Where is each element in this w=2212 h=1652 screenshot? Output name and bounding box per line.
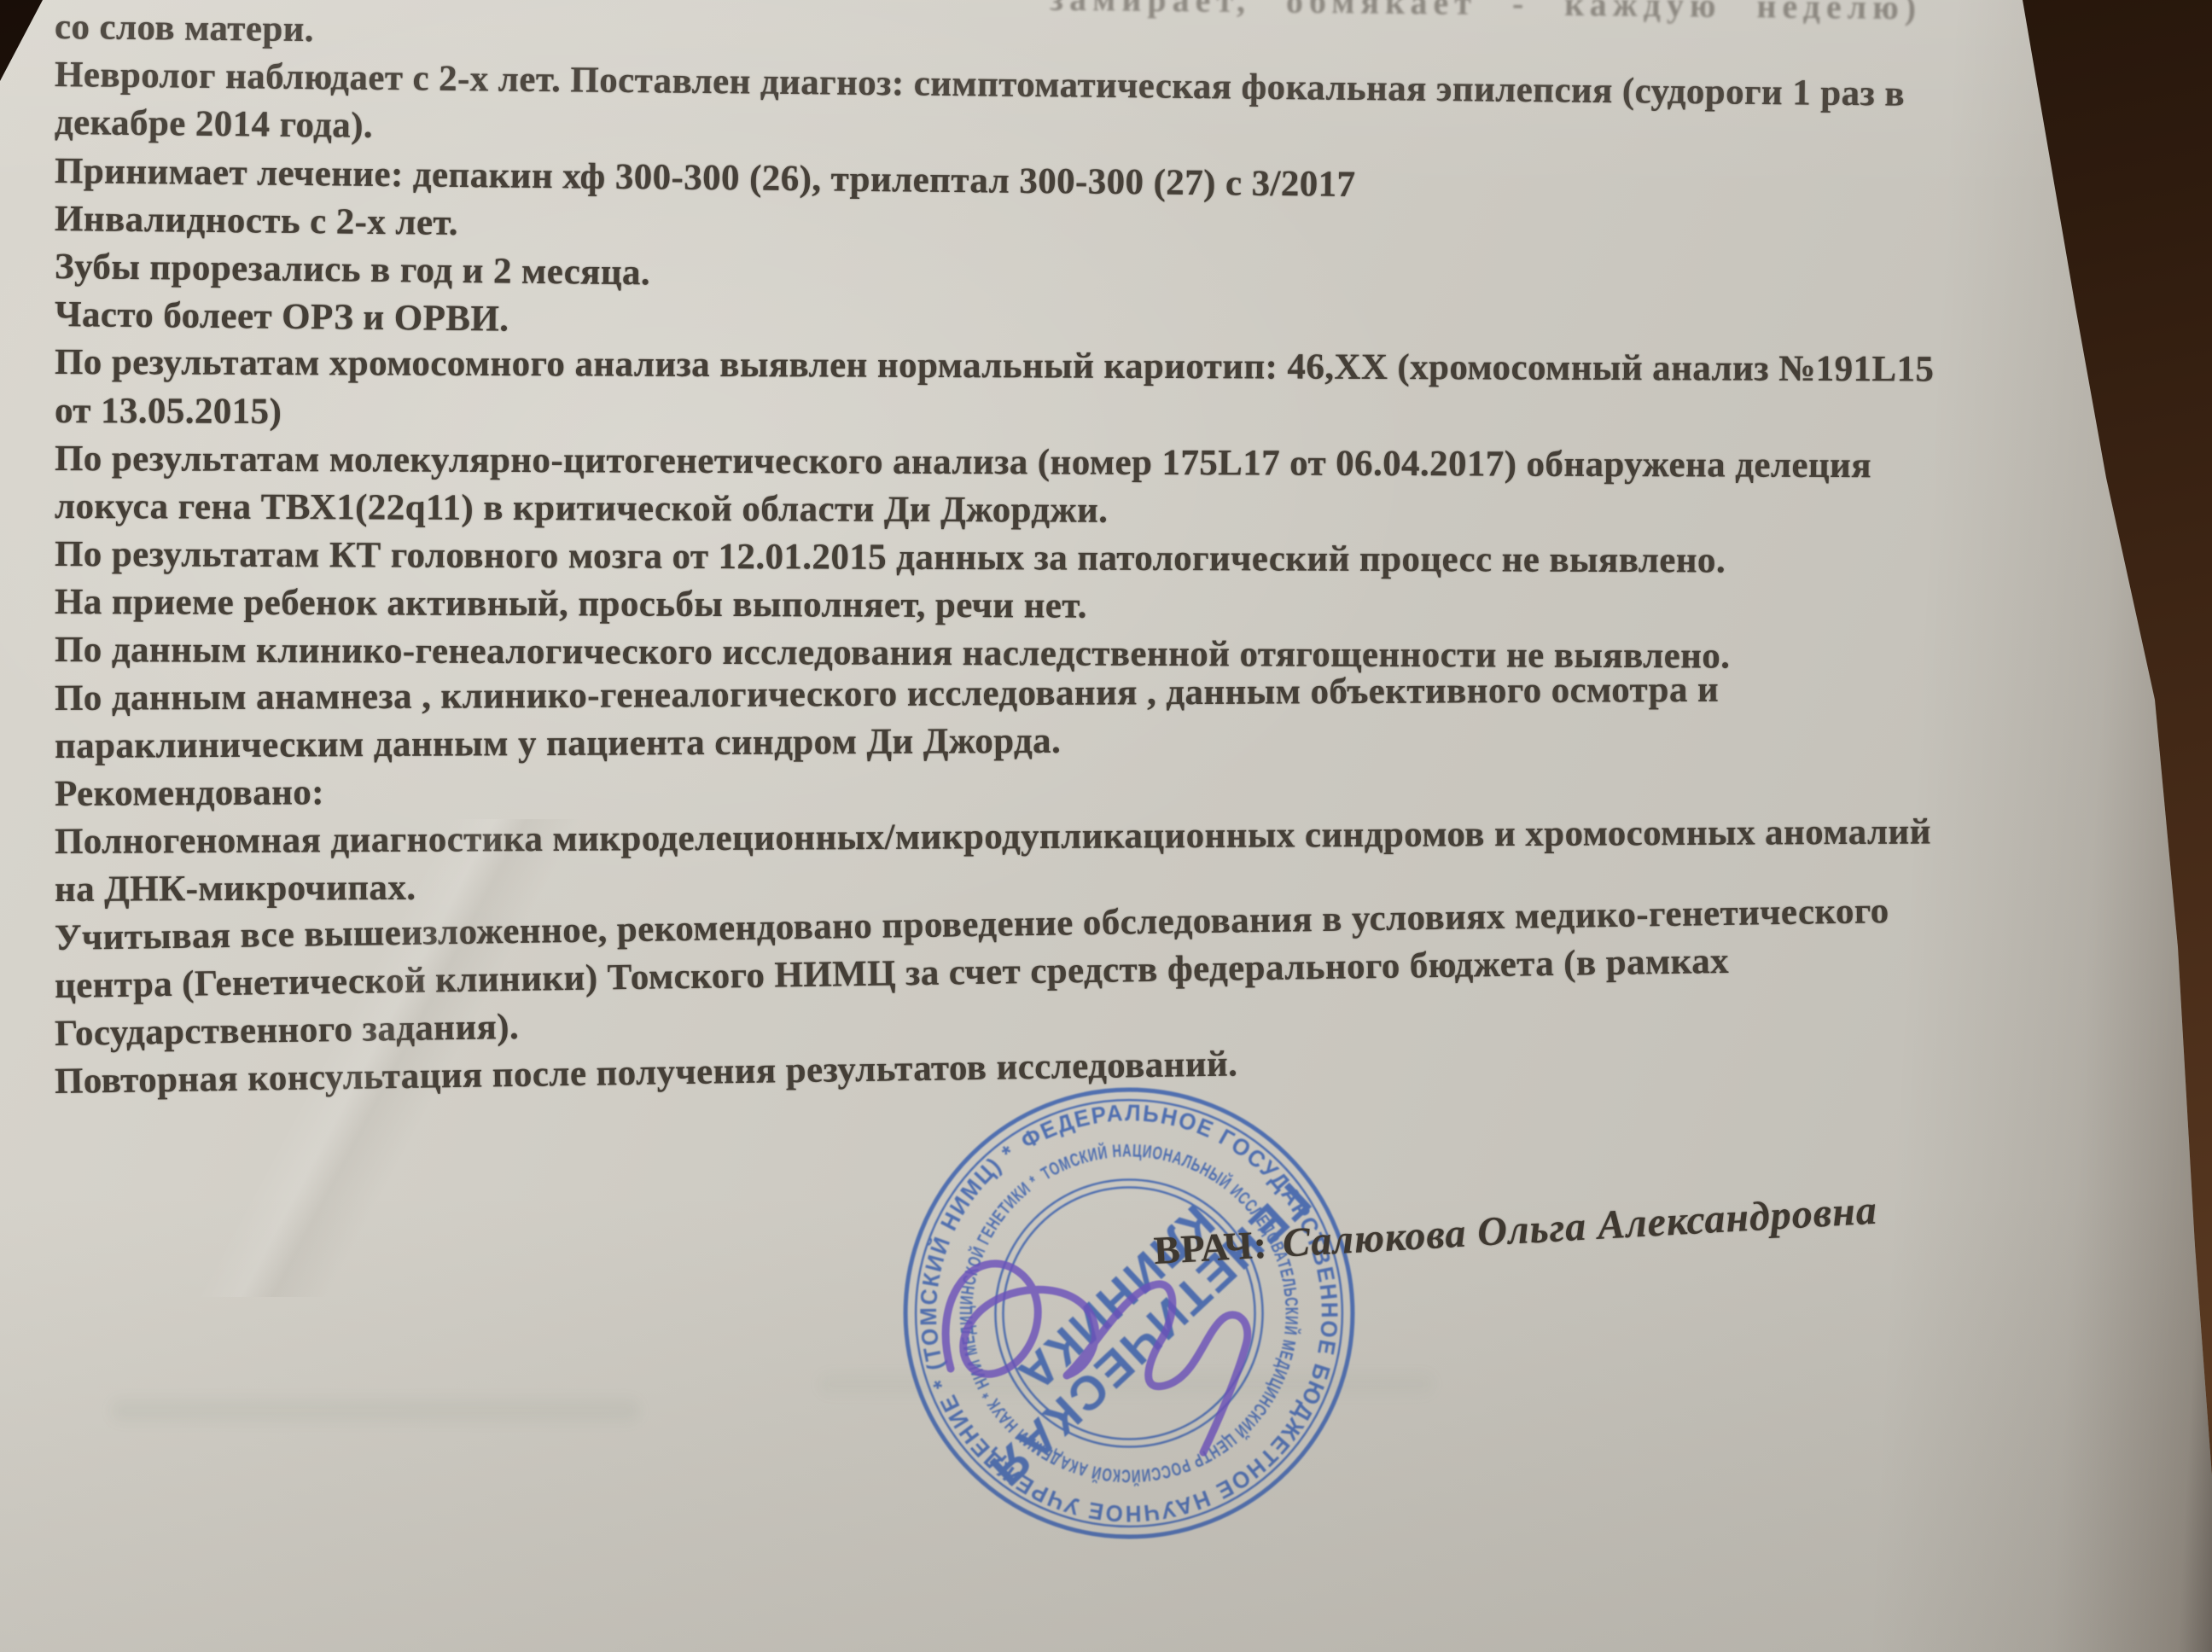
text-line: от 13.05.2015) (55, 387, 1935, 443)
report-text-block: со слов матери.Невролог наблюдает с 2-х … (55, 3, 1934, 1106)
text-line: На приеме ребенок активный, просьбы выпо… (55, 579, 1935, 634)
signature-stroke (946, 1264, 1248, 1452)
document-page: замирает, обмякает - каждую неделю) со с… (0, 0, 2212, 1652)
showthrough-smudge (111, 1399, 640, 1422)
text-line: По результатам КТ головного мозга от 12.… (55, 531, 1935, 586)
text-line: локуса гена ТВХ1(22q11) в критической об… (55, 483, 1935, 538)
text-line: По результатам хромосомного анализа выяв… (55, 339, 1935, 394)
text-line: По результатам молекулярно-цитогенетичес… (55, 435, 1935, 491)
doctor-name: Салюкова Ольга Александровна (1282, 1188, 1879, 1266)
doctor-label: ВРАЧ: (1153, 1223, 1269, 1272)
